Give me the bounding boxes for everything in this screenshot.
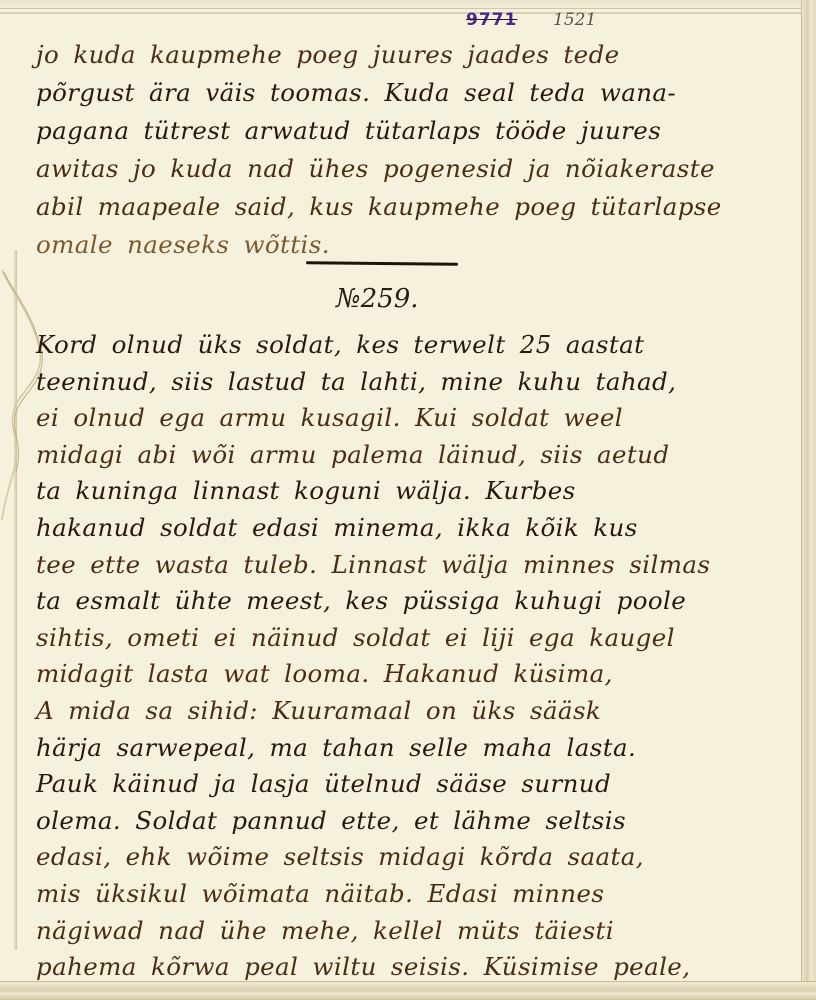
sheet-edge-bottom [0, 981, 816, 1000]
text-line: A mida sa sihid: Kuuramaal on üks sääsk [36, 696, 796, 725]
text-line: pagana tütrest arwatud tütarlaps tööde j… [36, 116, 796, 145]
text-line: nägiwad nad ühe mehe, kellel müts täiest… [36, 916, 796, 945]
text-line: awitas jo kuda nad ühes pogenesid ja nõi… [36, 154, 796, 183]
text-line: ta esmalt ühte meest, kes püssiga kuhugi… [36, 586, 796, 615]
text-line: hakanud soldat edasi minema, ikka kõik k… [36, 513, 796, 542]
text-line: midagit lasta wat looma. Hakanud küsima, [36, 659, 796, 688]
text-line: Kord olnud üks soldat, kes terwelt 25 aa… [36, 330, 796, 359]
archive-stamp-number: 9771 [466, 10, 517, 30]
text-line: ta kuninga linnast koguni wälja. Kurbes [36, 476, 796, 505]
text-line: teeninud, siis lastud ta lahti, mine kuh… [36, 367, 796, 396]
text-line: edasi, ehk wõime seltsis midagi kõrda sa… [36, 842, 796, 871]
text-line: tee ette wasta tuleb. Linnast wälja minn… [36, 550, 796, 579]
text-line: Pauk käinud ja lasja ütelnud sääse surnu… [36, 769, 796, 798]
manuscript-scan: 9771 1521 jo kuda kaupmehe poeg juures j… [0, 0, 816, 1000]
page-number: 1521 [553, 10, 596, 30]
text-line: abil maapeale said, kus kaupmehe poeg tü… [36, 192, 796, 221]
text-line: omale naeseks wõttis. [36, 230, 256, 259]
text-line: sihtis, ometi ei näinud soldat ei liji e… [36, 623, 796, 652]
text-line: ei olnud ega armu kusagil. Kui soldat we… [36, 403, 796, 432]
text-line: härja sarwepeal, ma tahan selle maha las… [36, 733, 796, 762]
story-number-heading: №259. [336, 284, 419, 314]
text-line: jo kuda kaupmehe poeg juures jaades tede [36, 40, 796, 69]
text-line: mis üksikul wõimata näitab. Edasi minnes [36, 879, 796, 908]
text-line: põrgust ära väis toomas. Kuda seal teda … [36, 78, 796, 107]
text-line: pahema kõrwa peal wiltu seisis. Küsimise… [36, 952, 796, 981]
text-line: midagi abi wõi armu palema läinud, siis … [36, 440, 796, 469]
sheet-edge-right [801, 0, 816, 1000]
section-divider [306, 261, 458, 266]
manuscript-page: 9771 1521 jo kuda kaupmehe poeg juures j… [0, 0, 802, 982]
text-line: olema. Soldat pannud ette, et lähme selt… [36, 806, 796, 835]
